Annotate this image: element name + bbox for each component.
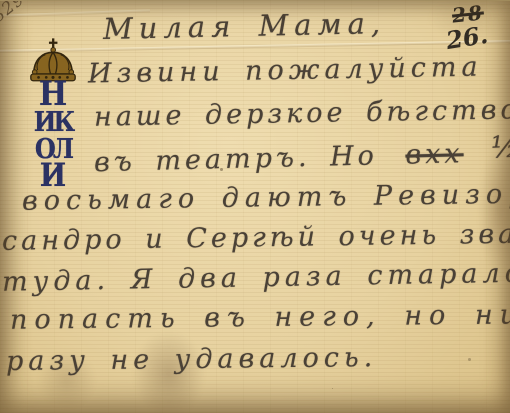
letter-page: 329 28 26. Н ИК ОЛ И Милая Мама, Извини … — [0, 0, 510, 413]
letter-line-3: наше дерзкое бѣгство — [94, 94, 510, 132]
struck-out-word: вхх — [405, 138, 464, 170]
letter-line-8: попасть въ него, но ни — [10, 299, 510, 335]
archival-number: 329 — [0, 0, 29, 27]
letter-line-2: Извини пожалуйста — [88, 52, 483, 90]
letter-line-7: туда. Я два раза старался — [2, 257, 510, 298]
imperial-monogram: Н ИК ОЛ И — [25, 37, 81, 189]
letter-line-5: восьмаго даютъ Ревизора — [22, 178, 510, 216]
monogram-letters: Н ИК ОЛ И — [25, 81, 81, 189]
letter-line-6: сандро и Сергѣй очень звали — [2, 218, 510, 257]
fraction-one-half: ½ — [491, 130, 510, 166]
letter-line-4: въ театръ. Но вхх ½ — [94, 134, 510, 180]
letter-line-1: Милая Мама, — [103, 6, 387, 46]
letter-line-9: разу не удавалось. — [6, 342, 378, 377]
letter-line-4-text: въ театръ. Но — [94, 140, 379, 178]
page-number: 26. — [444, 20, 490, 55]
